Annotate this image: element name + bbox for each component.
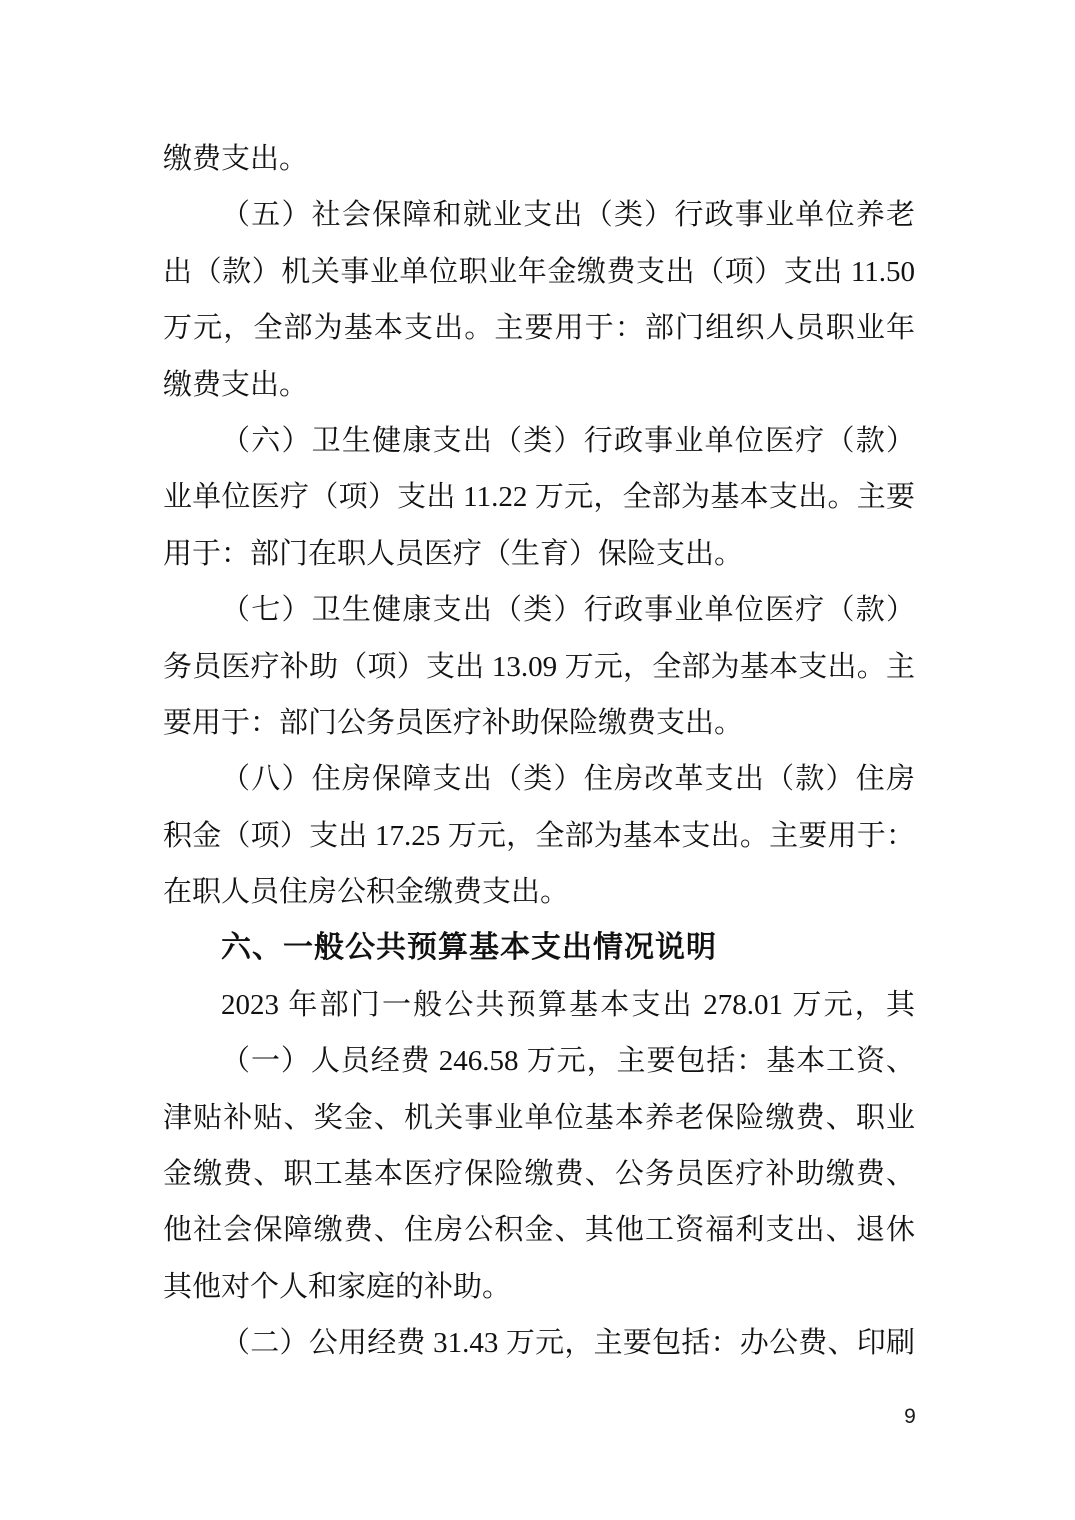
text-line: 积金（项）支出 17.25 万元，全部为基本支出。主要用于：: [163, 808, 915, 864]
text-line: 要用于：部门公务员医疗补助保险缴费支出。: [163, 695, 915, 751]
text-line: 缴费支出。: [163, 357, 915, 413]
text-line: 他社会保障缴费、住房公积金、其他工资福利支出、退休费、: [163, 1202, 915, 1258]
text-line: 用于：部门在职人员医疗（生育）保险支出。: [163, 526, 915, 582]
text-line: 缴费支出。: [163, 131, 915, 187]
text-line: （一）人员经费 246.58 万元，主要包括：基本工资、: [163, 1033, 915, 1089]
section-heading: 六、一般公共预算基本支出情况说明: [163, 920, 915, 976]
text-line: （二）公用经费 31.43 万元，主要包括：办公费、印刷: [163, 1315, 915, 1371]
text-line: 务员医疗补助（项）支出 13.09 万元，全部为基本支出。主: [163, 639, 915, 695]
text-line: 2023 年部门一般公共预算基本支出 278.01 万元，其中：: [163, 977, 915, 1033]
text-line: 在职人员住房公积金缴费支出。: [163, 864, 915, 920]
text-line: （八）住房保障支出（类）住房改革支出（款）住房公: [163, 751, 915, 807]
text-line: （七）卫生健康支出（类）行政事业单位医疗（款）公: [163, 582, 915, 638]
text-column: 缴费支出。（五）社会保障和就业支出（类）行政事业单位养老支出（款）机关事业单位职…: [163, 131, 915, 1372]
text-line: （六）卫生健康支出（类）行政事业单位医疗（款）事: [163, 413, 915, 469]
document-page: 缴费支出。（五）社会保障和就业支出（类）行政事业单位养老支出（款）机关事业单位职…: [0, 0, 1075, 1520]
text-line: （五）社会保障和就业支出（类）行政事业单位养老支: [163, 187, 915, 243]
text-line: 其他对个人和家庭的补助。: [163, 1259, 915, 1315]
text-line: 万元，全部为基本支出。主要用于：部门组织人员职业年金: [163, 300, 915, 356]
page-number: 9: [898, 1403, 922, 1431]
text-line: 出（款）机关事业单位职业年金缴费支出（项）支出 11.50: [163, 244, 915, 300]
text-line: 津贴补贴、奖金、机关事业单位基本养老保险缴费、职业年: [163, 1090, 915, 1146]
text-line: 金缴费、职工基本医疗保险缴费、公务员医疗补助缴费、其: [163, 1146, 915, 1202]
text-line: 业单位医疗（项）支出 11.22 万元，全部为基本支出。主要: [163, 469, 915, 525]
